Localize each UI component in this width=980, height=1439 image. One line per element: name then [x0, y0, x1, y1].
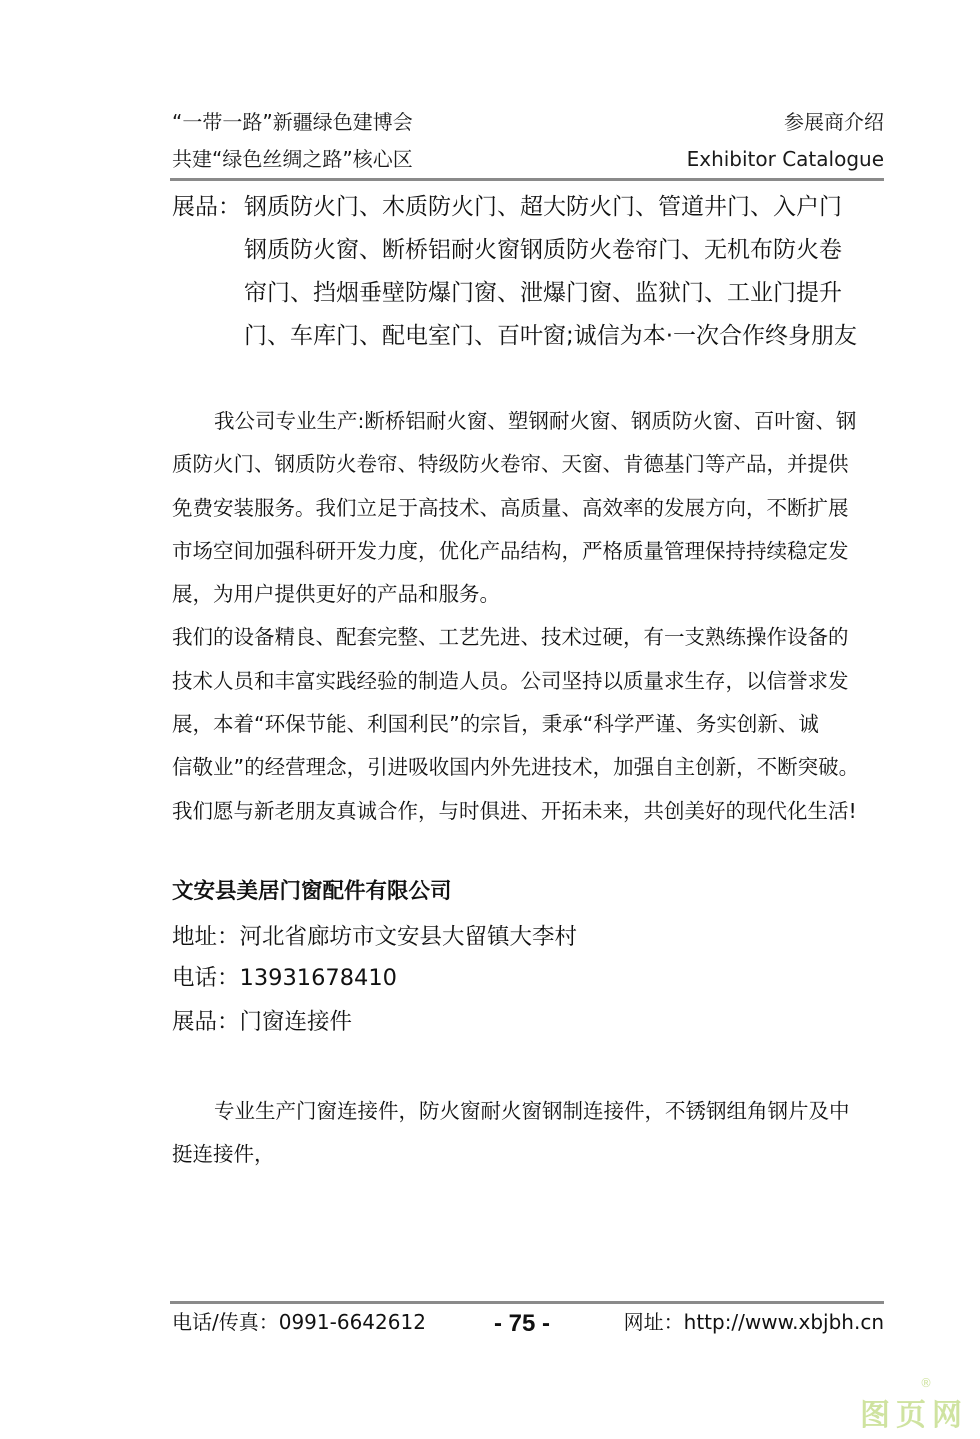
- header-divider: [170, 178, 884, 181]
- intro-line: 市场空间加强科研开发力度，优化产品结构，严格质量管理保持持续稳定发: [172, 530, 886, 573]
- intro-line: 我们愿与新老朋友真诚合作，与时俱进、开拓未来，共创美好的现代化生活!: [172, 790, 886, 833]
- intro-line: 免费安装服务。我们立足于高技术、高质量、高效率的发展方向，不断扩展: [172, 487, 886, 530]
- company-name: 文安县美居门窗配件有限公司: [172, 872, 452, 912]
- intro-line: 我们的设备精良、配套完整、工艺先进、技术过硬，有一支熟练操作设备的: [172, 616, 886, 659]
- company-products: 展品：门窗连接件: [172, 1002, 352, 1042]
- intro-line: 信敬业”的经营理念，引进吸收国内外先进技术，加强自主创新，不断突破。: [172, 746, 886, 789]
- header-section-title-cn: 参展商介绍: [784, 108, 884, 136]
- footer-phone-fax: 电话/传真：0991-6642612: [172, 1307, 426, 1337]
- header-row-1: “一带一路”新疆绿色建博会 参展商介绍: [172, 108, 884, 136]
- header-expo-title: “一带一路”新疆绿色建博会: [172, 108, 413, 136]
- intro-line: 展，本着“环保节能、利国利民”的宗旨，秉承“科学严谨、务实创新、诚: [172, 703, 886, 746]
- catalogue-page: “一带一路”新疆绿色建博会 参展商介绍 共建“绿色丝绸之路”核心区 Exhibi…: [0, 0, 980, 1439]
- description-line: 挺连接件，: [172, 1133, 886, 1176]
- page-number: - 75 -: [494, 1309, 550, 1339]
- products-block: 展品： 钢质防火门、木质防火门、超大防火门、管道井门、入户门 钢质防火窗、断桥铝…: [172, 186, 888, 358]
- header-section-title-en: Exhibitor Catalogue: [687, 145, 884, 173]
- company-description: 专业生产门窗连接件，防火窗耐火窗钢制连接件，不锈钢组角钢片及中 挺连接件，: [172, 1090, 886, 1177]
- company-address: 地址：河北省廊坊市文安县大留镇大李村: [172, 917, 577, 957]
- intro-line: 技术人员和丰富实践经验的制造人员。公司坚持以质量求生存，以信誉求发: [172, 660, 886, 703]
- products-label: 展品：: [172, 186, 241, 229]
- footer-divider: [170, 1301, 884, 1304]
- intro-line: 展，为用户提供更好的产品和服务。: [172, 573, 886, 616]
- watermark-logo: 图页网 ®: [860, 1390, 968, 1434]
- description-line: 专业生产门窗连接件，防火窗耐火窗钢制连接件，不锈钢组角钢片及中: [172, 1090, 886, 1133]
- header-row-2: 共建“绿色丝绸之路”核心区 Exhibitor Catalogue: [172, 145, 884, 173]
- products-line: 钢质防火窗、断桥铝耐火窗钢质防火卷帘门、无机布防火卷: [172, 229, 888, 272]
- products-line: 钢质防火门、木质防火门、超大防火门、管道井门、入户门: [172, 186, 888, 229]
- intro-line: 质防火门、钢质防火卷帘、特级防火卷帘、天窗、肯德基门等产品，并提供: [172, 443, 886, 486]
- company-intro-paragraph: 我公司专业生产:断桥铝耐火窗、塑钢耐火窗、钢质防火窗、百叶窗、钢 质防火门、钢质…: [172, 400, 886, 833]
- products-line: 门、车库门、配电室门、百叶窗;诚信为本·一次合作终身朋友: [172, 315, 888, 358]
- registered-mark-icon: ®: [920, 1376, 932, 1390]
- footer-website: 网址：http://www.xbjbh.cn: [624, 1307, 884, 1337]
- products-line: 帘门、挡烟垂壁防爆门窗、泄爆门窗、监狱门、工业门提升: [172, 272, 888, 315]
- watermark-text: 图页网: [860, 1398, 968, 1433]
- intro-line: 我公司专业生产:断桥铝耐火窗、塑钢耐火窗、钢质防火窗、百叶窗、钢: [172, 400, 886, 443]
- header-expo-subtitle: 共建“绿色丝绸之路”核心区: [172, 145, 413, 173]
- company-phone: 电话：13931678410: [172, 958, 397, 998]
